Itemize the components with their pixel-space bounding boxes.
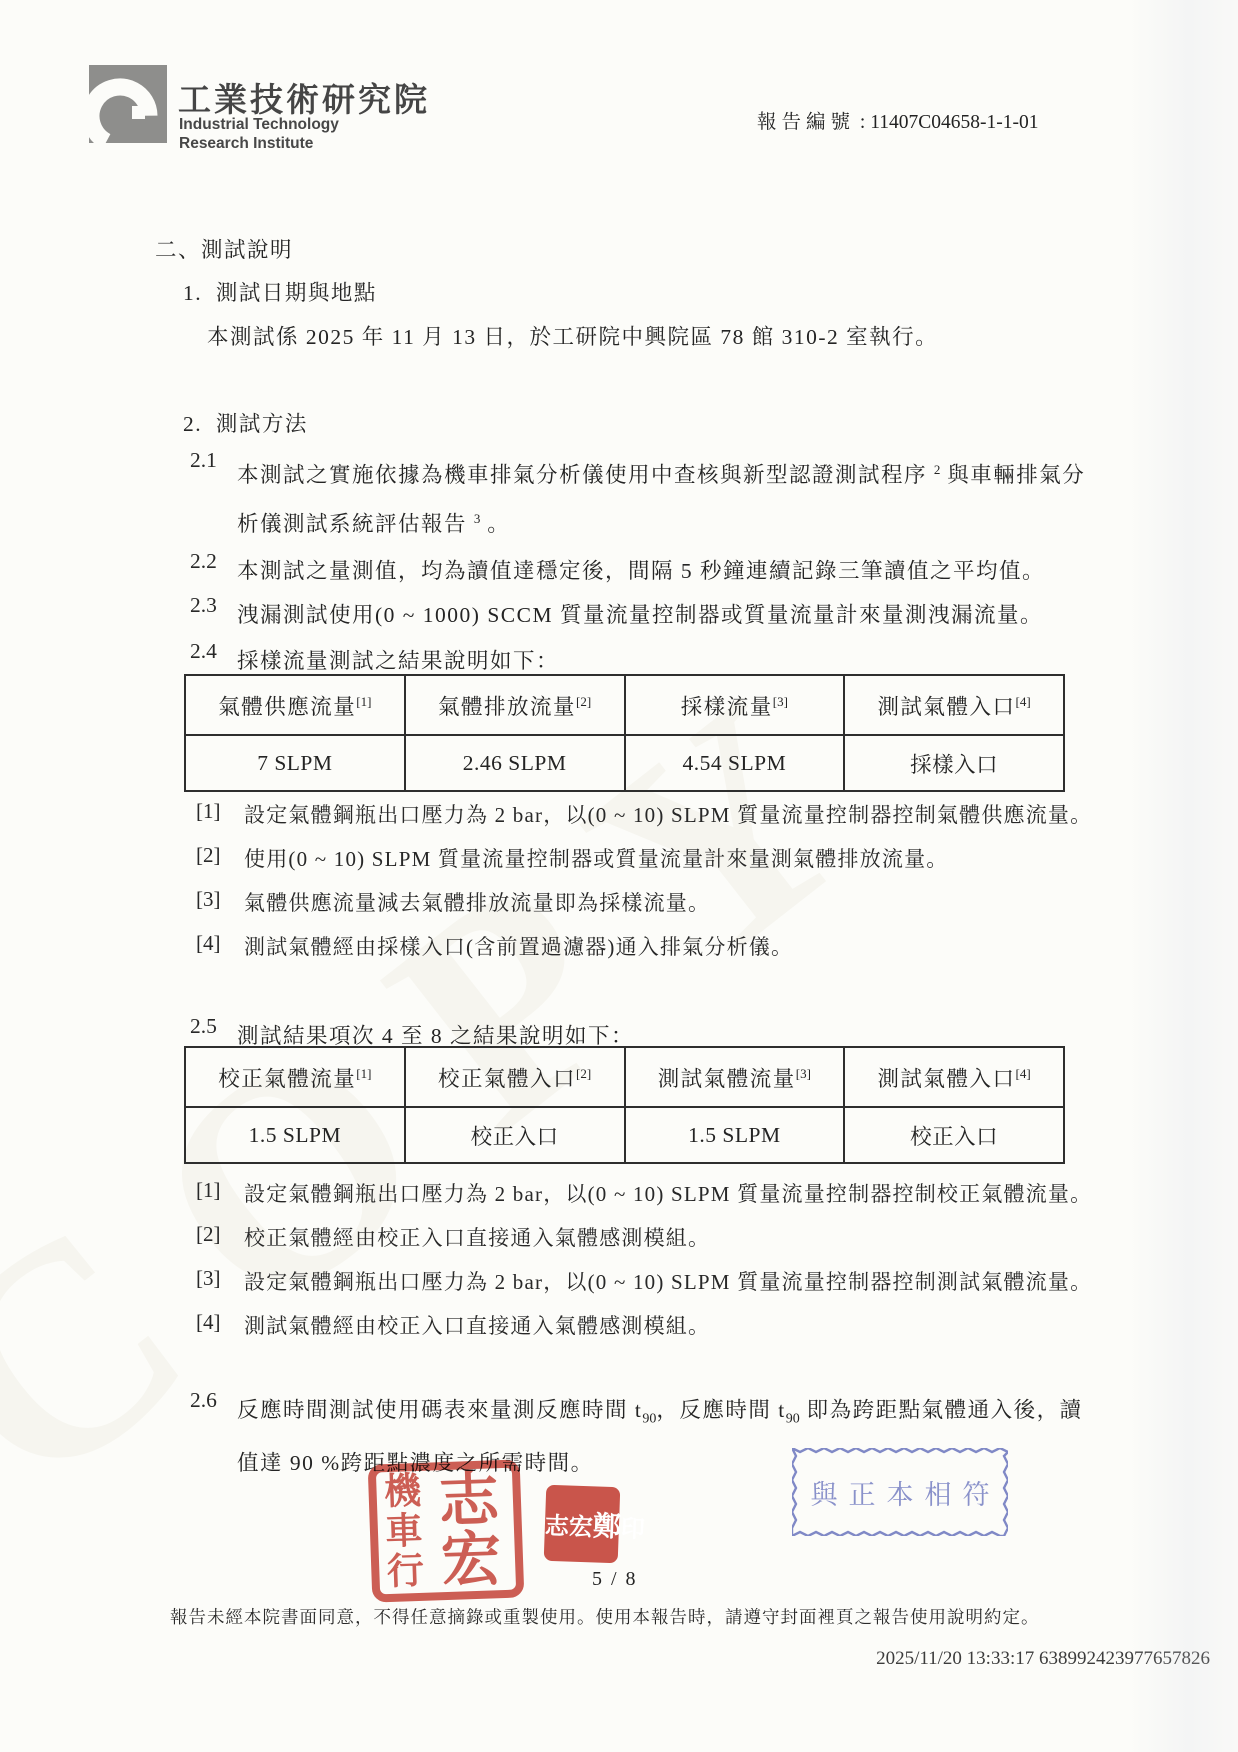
table2-footnote-3: [3] 設定氣體鋼瓶出口壓力為 2 bar，以(0 ~ 10) SLPM 質量流… xyxy=(196,1266,1094,1296)
table-cell: 校正入口 xyxy=(844,1107,1064,1163)
method-2-1-number: 2.1 xyxy=(190,448,237,546)
method-2-3-text: 洩漏測試使用(0 ~ 1000) SCCM 質量流量控制器或質量流量計來量測洩漏… xyxy=(237,593,1103,637)
itri-logo-icon xyxy=(88,64,168,144)
table-header-cell: 氣體排放流量[2] xyxy=(405,675,625,735)
sample-flow-table: 氣體供應流量[1] 氣體排放流量[2] 採樣流量[3] 測試氣體入口[4] 7 … xyxy=(184,674,1065,792)
copyright-notice: 報告未經本院書面同意，不得任意摘錄或重製使用。使用本報告時，請遵守封面裡頁之報告… xyxy=(170,1604,1040,1629)
page-number: 5 / 8 xyxy=(592,1568,638,1591)
table2-footnote-2: [2] 校正氣體經由校正入口直接通入氣體感測模組。 xyxy=(196,1222,1094,1252)
page-content: 工業技術研究院 Industrial Technology Research I… xyxy=(0,0,1238,1752)
method-2-1-part1: 本測試之實施依據為機車排氣分析儀使用中查核與新型認證測試程序 xyxy=(237,463,934,487)
section-title: 二、測試說明 xyxy=(155,233,293,264)
shop-stamp: 機 車 行 志 宏 xyxy=(368,1459,525,1602)
table-cell: 4.54 SLPM xyxy=(625,735,845,791)
item2-title: 測試方法 xyxy=(216,412,308,436)
method-2-6-number: 2.6 xyxy=(190,1388,237,1485)
method-2-6-part1: 反應時間測試使用碼表來量測反應時間 t xyxy=(237,1398,642,1422)
table-header-cell: 氣體供應流量[1] xyxy=(185,675,405,735)
table-header-cell: 測試氣體流量[3] xyxy=(625,1047,845,1107)
org-subtitle-line1: Industrial Technology xyxy=(179,115,339,134)
table1-footnote-3: [3] 氣體供應流量減去氣體排放流量即為採樣流量。 xyxy=(196,887,1094,917)
report-number: 報告編號 : 11407C04658-1-1-01 xyxy=(757,106,1038,134)
method-2-6-part2: ，反應時間 t xyxy=(656,1398,785,1422)
org-title: 工業技術研究院 xyxy=(178,74,430,121)
table-header-cell: 校正氣體流量[1] xyxy=(185,1047,405,1107)
method-2-2: 2.2 本測試之量測值，均為讀值達穩定後，間隔 5 秒鐘連續記錄三筆讀值之平均值… xyxy=(190,549,1103,593)
table1-footnote-4: [4] 測試氣體經由採樣入口(含前置過濾器)通入排氣分析儀。 xyxy=(196,931,1094,961)
method-2-2-number: 2.2 xyxy=(190,549,237,593)
report-number-label: 報告編號 xyxy=(757,112,855,133)
table-cell: 2.46 SLPM xyxy=(405,735,625,791)
method-2-1-part3: 。 xyxy=(480,512,510,536)
calibration-flow-table-header-row: 校正氣體流量[1] 校正氣體入口[2] 測試氣體流量[3] 測試氣體入口[4] xyxy=(185,1047,1064,1107)
table-header-cell: 採樣流量[3] xyxy=(625,675,845,735)
shop-stamp-right-column: 志 宏 xyxy=(426,1469,514,1592)
personal-stamp: 志 宏 鄭 印 xyxy=(544,1485,621,1564)
table2-footnote-1: [1] 設定氣體鋼瓶出口壓力為 2 bar，以(0 ~ 10) SLPM 質量流… xyxy=(196,1178,1094,1208)
item1-heading: 1. 測試日期與地點 xyxy=(183,276,377,307)
table-cell: 1.5 SLPM xyxy=(625,1107,845,1163)
table-header-cell: 測試氣體入口[4] xyxy=(844,1047,1064,1107)
item1-number: 1. xyxy=(183,281,202,305)
sample-flow-table-data-row: 7 SLPM 2.46 SLPM 4.54 SLPM 採樣入口 xyxy=(185,735,1064,791)
table-cell: 7 SLPM xyxy=(185,735,405,791)
table1-footnote-1: [1] 設定氣體鋼瓶出口壓力為 2 bar，以(0 ~ 10) SLPM 質量流… xyxy=(196,799,1094,829)
certified-copy-stamp: 與正本相符 xyxy=(792,1448,1008,1536)
table-cell: 採樣入口 xyxy=(844,735,1064,791)
t90-subscript: 90 xyxy=(786,1411,800,1426)
table-header-cell: 校正氣體入口[2] xyxy=(405,1047,625,1107)
table-cell: 校正入口 xyxy=(405,1107,625,1163)
report-page: COPY 工業技術研究院 Industrial Technology Resea… xyxy=(0,0,1238,1752)
item2-number: 2. xyxy=(183,412,202,436)
table2-footnote-4: [4] 測試氣體經由校正入口直接通入氣體感測模組。 xyxy=(196,1310,1094,1340)
table1-footnote-2: [2] 使用(0 ~ 10) SLPM 質量流量控制器或質量流量計來量測氣體排放… xyxy=(196,843,1094,873)
method-2-2-text: 本測試之量測值，均為讀值達穩定後，間隔 5 秒鐘連續記錄三筆讀值之平均值。 xyxy=(237,549,1103,593)
certified-copy-stamp-text: 與正本相符 xyxy=(800,1473,1001,1512)
sample-flow-table-header-row: 氣體供應流量[1] 氣體排放流量[2] 採樣流量[3] 測試氣體入口[4] xyxy=(185,675,1064,735)
org-subtitle: Industrial Technology Research Institute xyxy=(179,115,339,153)
print-timestamp: 2025/11/20 13:33:17 638992423977657826 xyxy=(690,1648,1210,1670)
item1-title: 測試日期與地點 xyxy=(216,281,377,305)
calibration-flow-table-data-row: 1.5 SLPM 校正入口 1.5 SLPM 校正入口 xyxy=(185,1107,1064,1163)
item2-heading: 2. 測試方法 xyxy=(183,407,308,438)
calibration-flow-table: 校正氣體流量[1] 校正氣體入口[2] 測試氣體流量[3] 測試氣體入口[4] … xyxy=(184,1046,1065,1164)
table-cell: 1.5 SLPM xyxy=(185,1107,405,1163)
item1-body: 本測試係 2025 年 11 月 13 日，於工研院中興院區 78 館 310-… xyxy=(207,320,938,351)
method-2-1: 2.1 本測試之實施依據為機車排氣分析儀使用中查核與新型認證測試程序 2 與車輛… xyxy=(190,448,1103,546)
report-number-separator: : xyxy=(855,112,870,133)
method-2-1-text: 本測試之實施依據為機車排氣分析儀使用中查核與新型認證測試程序 2 與車輛排氣分析… xyxy=(237,448,1103,546)
org-subtitle-line2: Research Institute xyxy=(179,134,339,153)
table-header-cell: 測試氣體入口[4] xyxy=(844,675,1064,735)
report-number-value: 11407C04658-1-1-01 xyxy=(870,112,1038,133)
method-2-3-number: 2.3 xyxy=(190,593,237,637)
t90-subscript: 90 xyxy=(642,1411,656,1426)
shop-stamp-left-column: 機 車 行 xyxy=(378,1472,430,1594)
method-2-3: 2.3 洩漏測試使用(0 ~ 1000) SCCM 質量流量控制器或質量流量計來… xyxy=(190,593,1103,637)
